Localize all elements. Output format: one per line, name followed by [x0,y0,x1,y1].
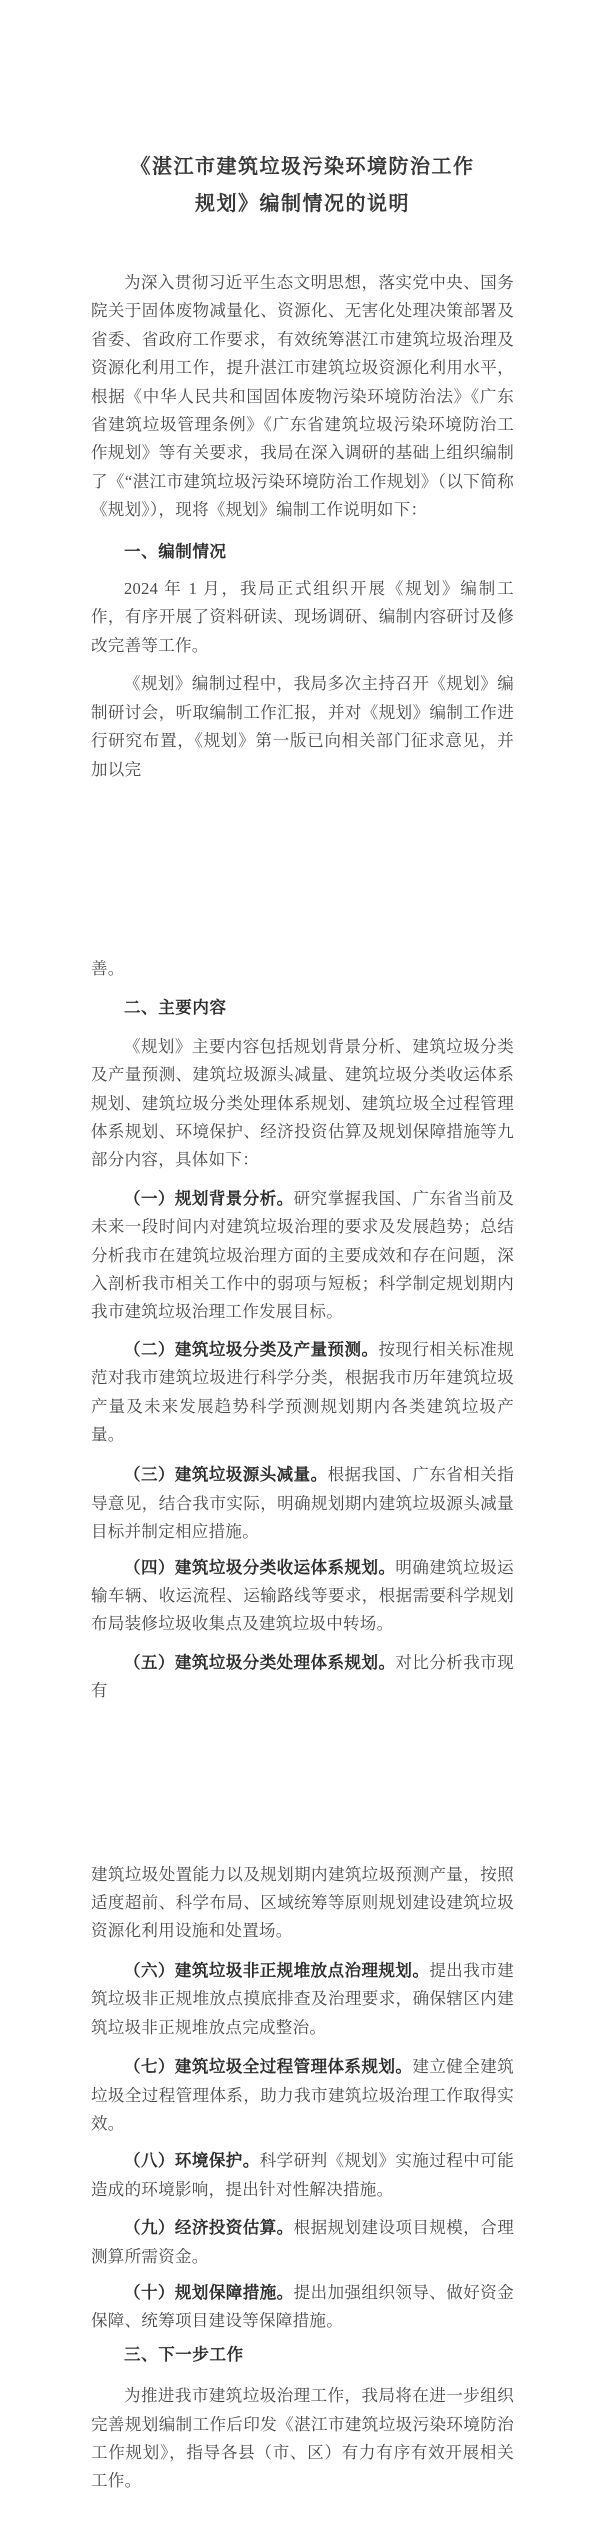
item-5-lead: （五）建筑垃圾分类处理体系规划。 [124,1654,395,1672]
section-1-paragraph-1: 2024 年 1 月，我局正式组织开展《规划》编制工作，有序开展了资料研读、现场… [91,575,514,660]
document-page: 《湛江市建筑垃圾污染环境防治工作 规划》编制情况的说明 为深入贯彻习近平生态文明… [0,0,600,2546]
intro-paragraph: 为深入贯彻习近平生态文明思想，落实党中央、国务院关于固体废物减量化、资源化、无害… [91,269,514,525]
section-2-heading: 二、主要内容 [91,994,514,1022]
item-8: （八）环境保护。科学研判《规划》实施过程中可能造成的环境影响，提出针对性解决措施… [91,2147,514,2204]
item-2: （二）建筑垃圾分类及产量预测。按现行相关标准规范对我市建筑垃圾进行科学分类，根据… [91,1336,514,1450]
item-9-lead: （九）经济投资估算。 [124,2219,294,2237]
document-title-line-2: 规划》编制情况的说明 [91,186,514,223]
item-1-lead: （一）规划背景分析。 [124,1190,294,1208]
item-5-page3: 建筑垃圾处置能力以及规划期内建筑垃圾预测产量，按照适度超前、科学布局、区域统筹等… [91,1861,514,1946]
document-title: 《湛江市建筑垃圾污染环境防治工作 规划》编制情况的说明 [91,149,514,223]
closing-paragraph: 为推进我市建筑垃圾治理工作，我局将在进一步组织完善规划编制工作后印发《湛江市建筑… [91,2382,514,2496]
item-6: （六）建筑垃圾非正规堆放点治理规划。提出我市建筑垃圾非正规堆放点摸底排查及治理要… [91,1957,514,2042]
item-2-lead: （二）建筑垃圾分类及产量预测。 [124,1341,378,1359]
item-3: （三）建筑垃圾源头减量。根据我国、广东省相关指导意见，结合我市实际，明确规划期内… [91,1461,514,1546]
item-1-text: 研究掌握我国、广东省当前及未来一段时间内对建筑垃圾治理的要求及发展趋势；总结分析… [91,1189,514,1322]
item-7-lead: （七）建筑垃圾全过程管理体系规划。 [124,2058,412,2076]
item-8-lead: （八）环境保护。 [124,2152,260,2170]
section-1-heading: 一、编制情况 [91,538,514,566]
item-6-lead: （六）建筑垃圾非正规堆放点治理规划。 [124,1962,429,1980]
item-10: （十）规划保障措施。提出加强组织领导、做好资金保障、统筹项目建设等保障措施。 [91,2279,514,2336]
item-7: （七）建筑垃圾全过程管理体系规划。建立健全建筑垃圾全过程管理体系，助力我市建筑垃… [91,2053,514,2138]
item-1: （一）规划背景分析。研究掌握我国、广东省当前及未来一段时间内对建筑垃圾治理的要求… [91,1185,514,1327]
item-4: （四）建筑垃圾分类收运体系规划。明确建筑垃圾运输车辆、收运流程、运输路线等要求，… [91,1554,514,1639]
section-1-paragraph-2-page2: 善。 [91,955,514,983]
item-4-lead: （四）建筑垃圾分类收运体系规划。 [124,1559,395,1577]
item-3-lead: （三）建筑垃圾源头减量。 [124,1466,328,1484]
section-1-paragraph-2-page1: 《规划》编制过程中，我局多次主持召开《规划》编制研讨会，听取编制工作汇报，并对《… [91,670,514,784]
item-5-page2: （五）建筑垃圾分类处理体系规划。对比分析我市现有 [91,1649,514,1706]
item-10-lead: （十）规划保障措施。 [124,2284,294,2302]
item-9: （九）经济投资估算。根据规划建设项目规模，合理测算所需资金。 [91,2214,514,2271]
section-2-intro: 《规划》主要内容包括规划背景分析、建筑垃圾分类及产量预测、建筑垃圾源头减量、建筑… [91,1033,514,1175]
document-title-line-1: 《湛江市建筑垃圾污染环境防治工作 [91,149,514,186]
section-3-heading: 三、下一步工作 [91,2341,514,2369]
